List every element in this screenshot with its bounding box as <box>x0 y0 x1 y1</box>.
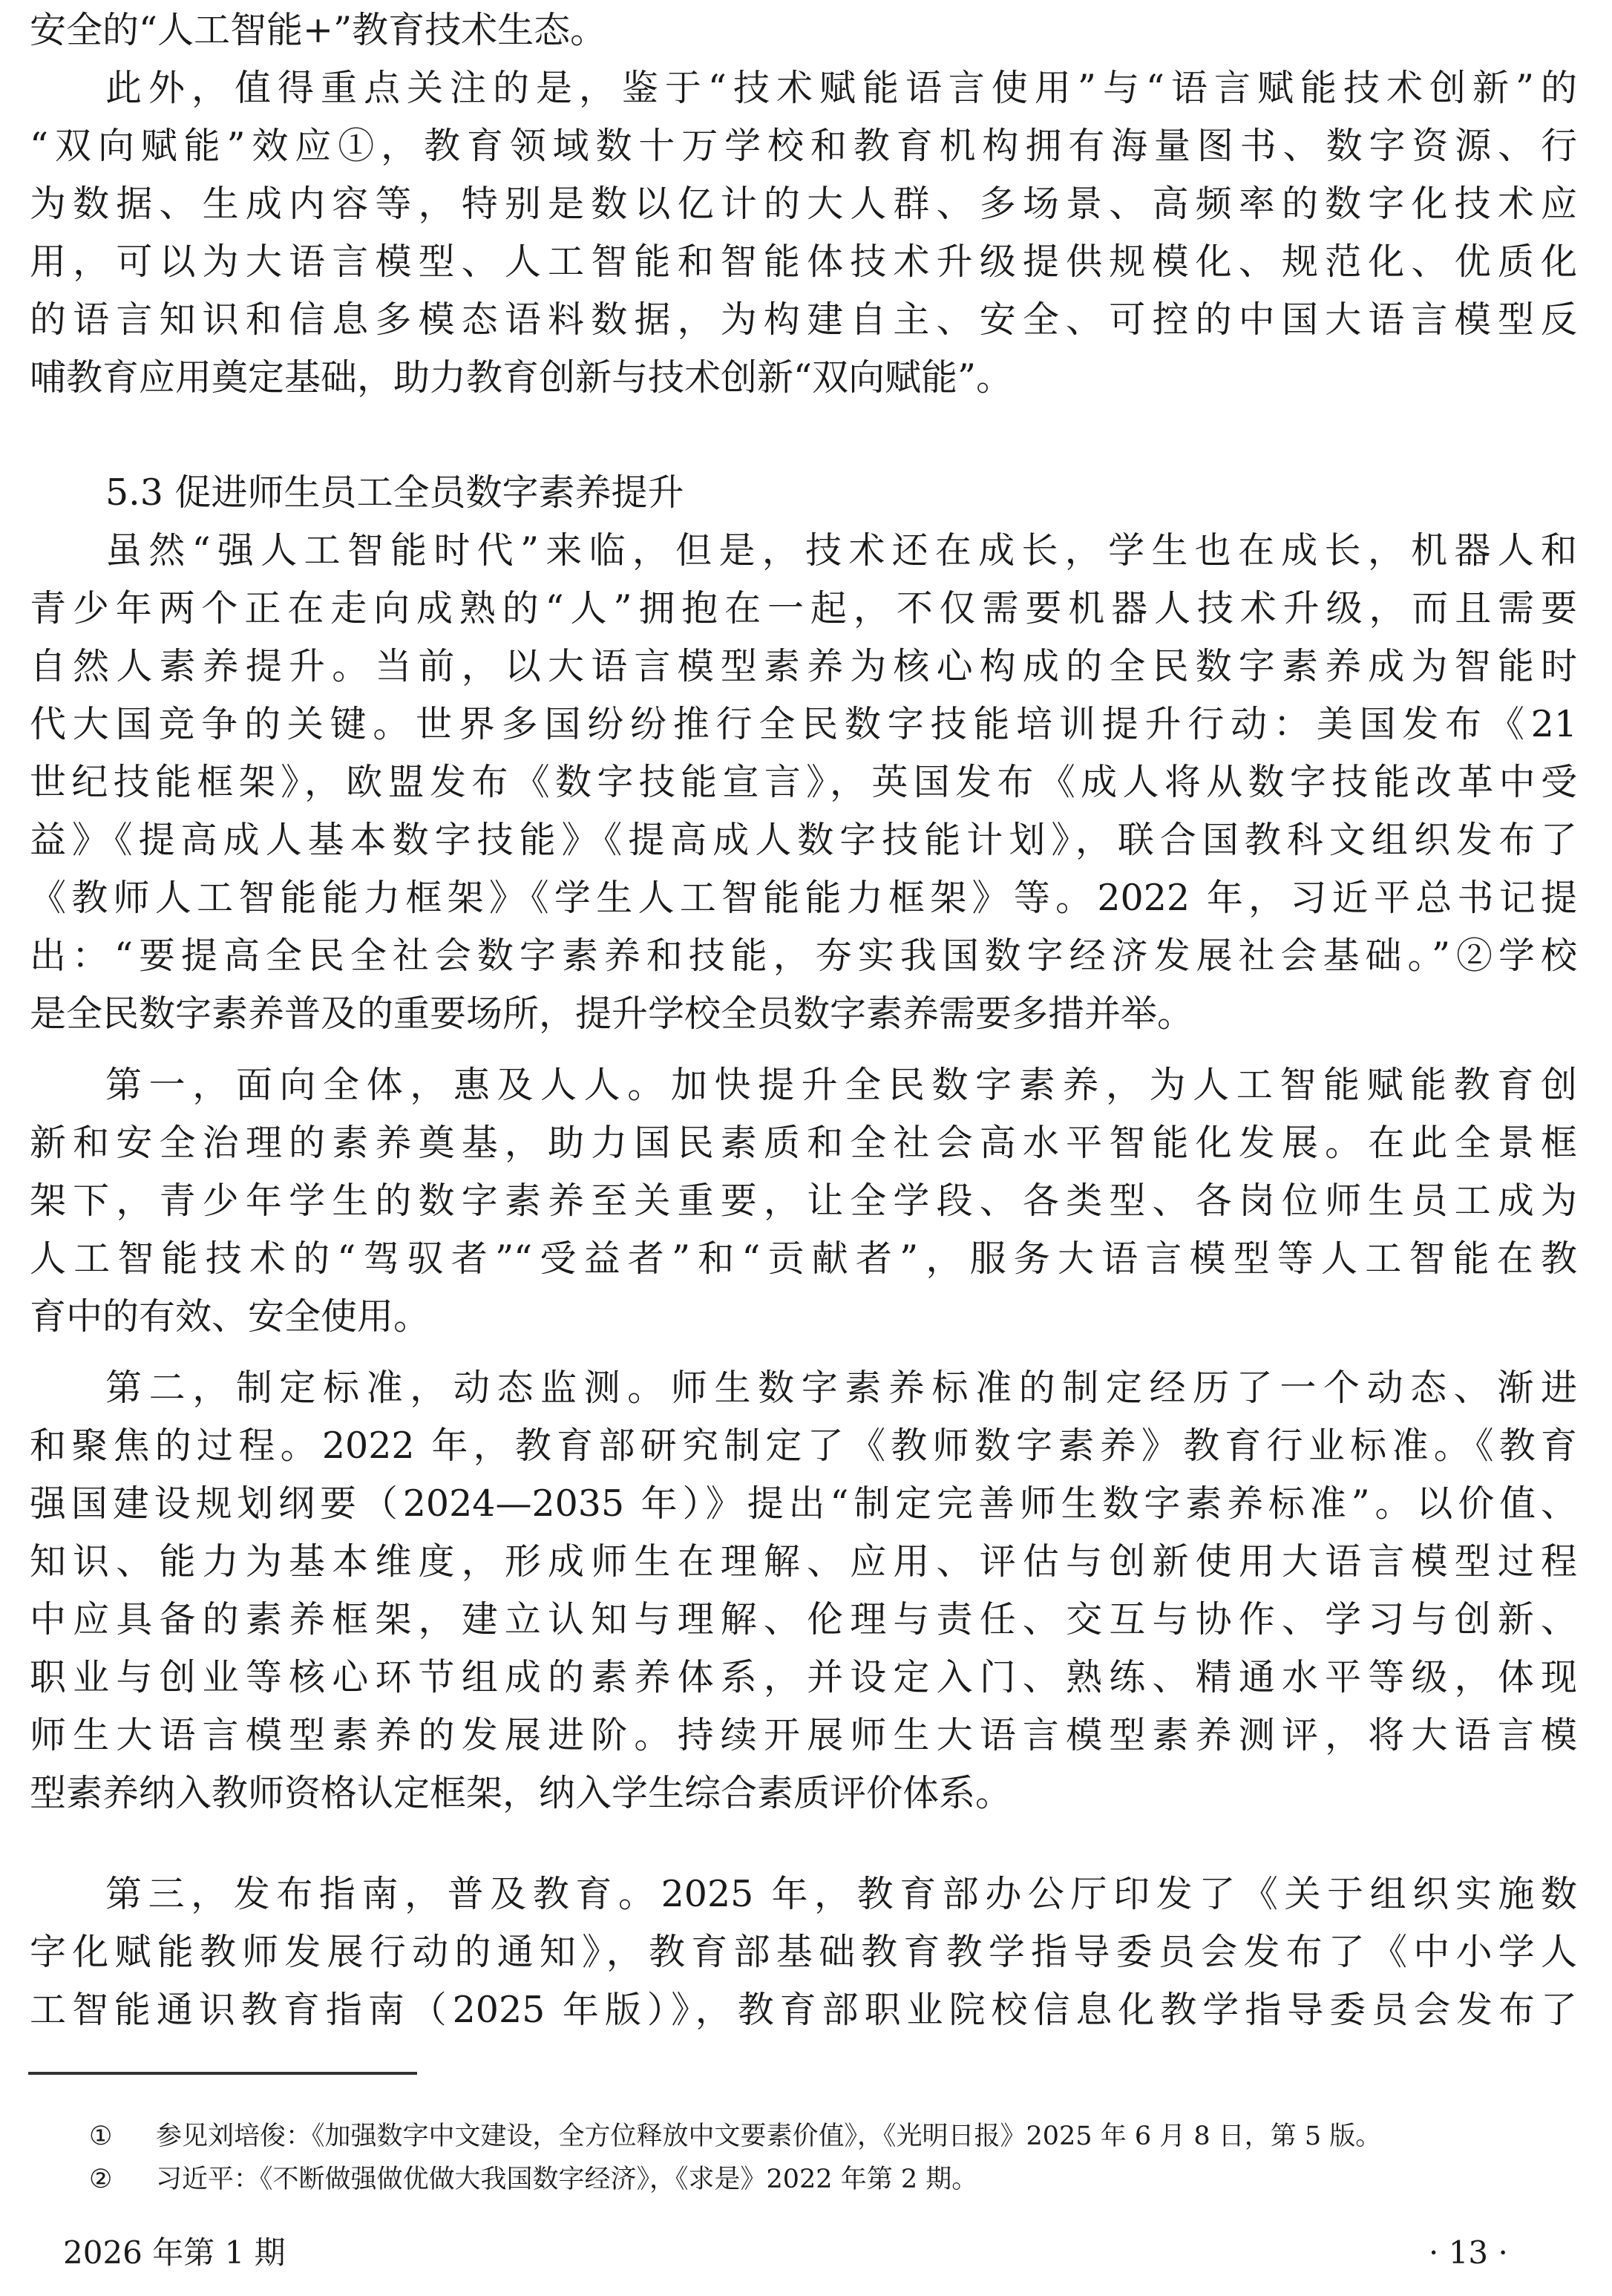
text-line: 强国建设规划纲要（2024—2035 年）》提出“制定完善师生数字素养标准”。以… <box>30 1475 1577 1533</box>
text-line: 世纪技能框架》，欧盟发布《数字技能宣言》，英国发布《成人将从数字技能改革中受 <box>30 753 1577 811</box>
footnote-divider <box>28 2072 417 2075</box>
footnote: ①参见刘培俊：《加强数字中文建设，全方位释放中文要素价值》，《光明日报》2025… <box>89 2118 1381 2155</box>
text-line: 用，可以为大语言模型、人工智能和智能体技术升级提供规模化、规范化、优质化 <box>30 233 1577 291</box>
text-line: “双向赋能”效应①，教育领域数十万学校和教育机构拥有海量图书、数字资源、行 <box>30 117 1577 175</box>
text-line: 安全的“人工智能+”教育技术生态。 <box>30 1 1577 59</box>
text-line: 职业与创业等核心环节组成的素养体系，并设定入门、熟练、精通水平等级，体现 <box>30 1649 1577 1707</box>
text-line: 型素养纳入教师资格认定框架，纳入学生综合素质评价体系。 <box>30 1764 1577 1822</box>
text-line: 育中的有效、安全使用。 <box>30 1288 1577 1346</box>
page-number: · 13 · <box>1429 2231 1508 2275</box>
text-line: 自然人素养提升。当前，以大语言模型素养为核心构成的全民数字素养成为智能时 <box>30 638 1577 696</box>
text-line: 《教师人工智能能力框架》《学生人工智能能力框架》等。2022 年，习近平总书记提 <box>30 869 1577 927</box>
text-line: 是全民数字素养普及的重要场所，提升学校全员数字素养需要多措并举。 <box>30 985 1577 1043</box>
text-line: 虽然“强人工智能时代”来临，但是，技术还在成长，学生也在成长，机器人和 <box>30 522 1577 580</box>
text-line: 代大国竞争的关键。世界多国纷纷推行全民数字技能培训提升行动：美国发布《21 <box>30 696 1577 753</box>
footnote-text: 参见刘培俊：《加强数字中文建设，全方位释放中文要素价值》，《光明日报》2025 … <box>156 2122 1381 2151</box>
text-line: 哺教育应用奠定基础，助力教育创新与技术创新“双向赋能”。 <box>30 349 1577 407</box>
text-line: 第二，制定标准，动态监测。师生数字素养标准的制定经历了一个动态、渐进 <box>30 1359 1577 1417</box>
footnote-marker: ② <box>89 2161 156 2198</box>
text-line: 字化赋能教师发展行动的通知》，教育部基础教育教学指导委员会发布了《中小学人 <box>30 1923 1577 1981</box>
footnote-marker: ① <box>89 2118 156 2155</box>
text-line: 益》《提高成人基本数字技能》《提高成人数字技能计划》，联合国教科文组织发布了 <box>30 811 1577 869</box>
text-line: 为数据、生成内容等，特别是数以亿计的大人群、多场景、高频率的数字化技术应 <box>30 175 1577 233</box>
text-line: 工智能通识教育指南（2025 年版）》，教育部职业院校信息化教学指导委员会发布了 <box>30 1981 1577 2039</box>
issue-label: 2026 年第 1 期 <box>63 2231 286 2275</box>
text-line: 出：“要提高全民全社会数字素养和技能，夯实我国数字经济发展社会基础。”②学校 <box>30 927 1577 985</box>
text-line: 青少年两个正在走向成熟的“人”拥抱在一起，不仅需要机器人技术升级，而且需要 <box>30 580 1577 638</box>
text-line: 知识、能力为基本维度，形成师生在理解、应用、评估与创新使用大语言模型过程 <box>30 1533 1577 1591</box>
footnote: ②习近平：《不断做强做优做大我国数字经济》，《求是》2022 年第 2 期。 <box>89 2161 977 2198</box>
text-line: 人工智能技术的“驾驭者”“受益者”和“贡献者”，服务大语言模型等人工智能在教 <box>30 1230 1577 1288</box>
text-line: 第三，发布指南，普及教育。2025 年，教育部办公厅印发了《关于组织实施数 <box>30 1865 1577 1923</box>
text-line: 和聚焦的过程。2022 年，教育部研究制定了《教师数字素养》教育行业标准。《教育 <box>30 1417 1577 1475</box>
text-line: 的语言知识和信息多模态语料数据，为构建自主、安全、可控的中国大语言模型反 <box>30 291 1577 349</box>
footnote-text: 习近平：《不断做强做优做大我国数字经济》，《求是》2022 年第 2 期。 <box>156 2165 977 2194</box>
text-line: 第一，面向全体，惠及人人。加快提升全民数字素养，为人工智能赋能教育创 <box>30 1056 1577 1114</box>
text-line: 此外，值得重点关注的是，鉴于“技术赋能语言使用”与“语言赋能技术创新”的 <box>30 59 1577 117</box>
text-line: 中应具备的素养框架，建立认知与理解、伦理与责任、交互与协作、学习与创新、 <box>30 1591 1577 1649</box>
section-heading: 5.3 促进师生员工全员数字素养提升 <box>30 464 684 522</box>
text-line: 新和安全治理的素养奠基，助力国民素质和全社会高水平智能化发展。在此全景框 <box>30 1114 1577 1172</box>
text-line: 架下，青少年学生的数字素养至关重要，让全学段、各类型、各岗位师生员工成为 <box>30 1172 1577 1230</box>
text-line: 师生大语言模型素养的发展进阶。持续开展师生大语言模型素养测评，将大语言模 <box>30 1707 1577 1764</box>
